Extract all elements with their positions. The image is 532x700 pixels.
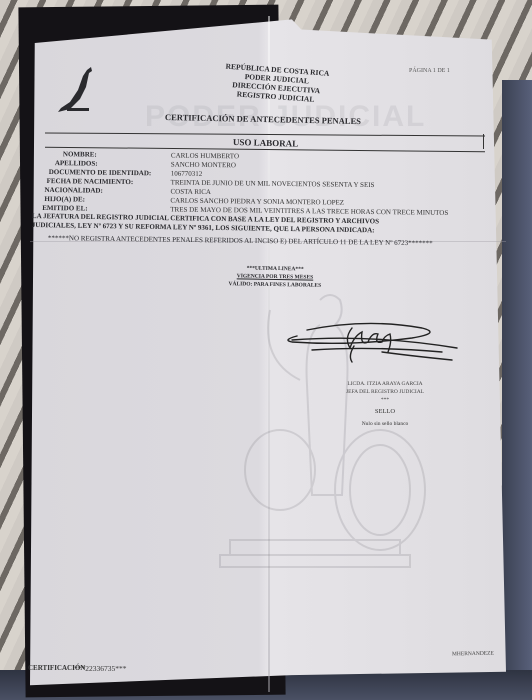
closing-block: ***ULTIMA LINEA*** VIGENCIA POR TRES MES… xyxy=(215,264,335,290)
field-label: HIJO(A) DE: xyxy=(44,195,85,204)
field-value: 106770312 xyxy=(171,170,203,179)
footer-user-code: MHERNANDEZE xyxy=(452,651,494,658)
field-value: COSTA RICA xyxy=(170,188,211,197)
page-number: PÁGINA 1 DE 1 xyxy=(409,68,450,74)
footer-cert-number: ***22336735*** xyxy=(74,664,127,673)
justice-statue-logo-icon xyxy=(57,66,97,114)
personal-data-fields: NOMBRE: CARLOS HUMBERTO APELLIDOS: SANCH… xyxy=(44,150,45,213)
separator: *** xyxy=(330,396,440,404)
signatory-block: LICDA. ITZIA ARAYA GARCIA JEFA DEL REGIS… xyxy=(330,380,440,428)
seal-note: Nulo sin sello blanco xyxy=(330,420,440,428)
field-label: NOMBRE: xyxy=(63,150,97,159)
signature-icon xyxy=(282,318,462,373)
divider xyxy=(483,134,484,149)
certification-result: ******NO REGISTRA ANTECEDENTES PENALES R… xyxy=(48,234,433,248)
signatory-title: JEFA DEL REGISTRO JUDICIAL xyxy=(330,388,440,396)
document-content: PODER JUDICIAL REPÚBLICA DE COSTA RICA P… xyxy=(0,0,532,700)
seal-label: SELLO xyxy=(330,408,440,416)
usage-label: USO LABORAL xyxy=(233,137,299,149)
signatory-name: LICDA. ITZIA ARAYA GARCIA xyxy=(330,380,440,388)
